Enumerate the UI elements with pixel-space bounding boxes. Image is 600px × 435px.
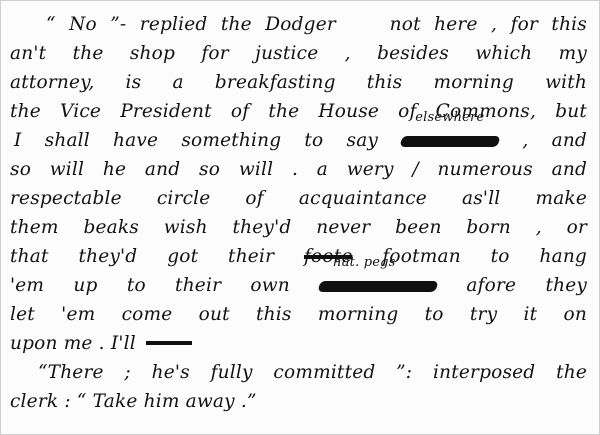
manuscript-line-8: them beaks wish they'd never been born ,… — [10, 213, 587, 242]
handwriting-text: I shall have something to say — [14, 130, 378, 151]
correction: hat. pegs — [319, 271, 437, 300]
manuscript-line-6: so will he and so will . a wery / numero… — [10, 155, 587, 184]
handwriting-text: footman to hang — [382, 246, 587, 267]
handwriting-text: 'em up to their own — [10, 275, 290, 296]
manuscript-line-5: I shall have something to say elsewhere … — [10, 126, 587, 155]
interlinear-insertion: elsewhere — [415, 111, 484, 124]
handwriting-text: , and — [522, 130, 587, 151]
handwriting-text: attorney, is a breakfasting this morning… — [10, 72, 587, 93]
handwriting-text: let 'em come out this morning to try it … — [10, 304, 587, 325]
manuscript-page: “ No ”- replied the Dodger not here , fo… — [0, 0, 600, 435]
manuscript-line-7: respectable circle of acquaintance as'll… — [10, 184, 587, 213]
scribbled-out-word — [318, 281, 439, 292]
handwriting-text: upon me . I'll — [10, 333, 136, 354]
manuscript-line-10: 'em up to their own hat. pegs afore they — [10, 271, 587, 300]
manuscript-line-3: attorney, is a breakfasting this morning… — [10, 68, 587, 97]
correction: elsewhere — [401, 126, 499, 155]
handwriting-text: respectable circle of acquaintance as'll… — [10, 188, 587, 209]
handwriting-text: “There ; he's fully committed ”: interpo… — [38, 362, 587, 383]
manuscript-line-12: upon me . I'll — [10, 329, 587, 358]
manuscript-line-11: let 'em come out this morning to try it … — [10, 300, 587, 329]
long-dash — [146, 341, 192, 345]
handwriting-text: the Vice President of the House of Commo… — [10, 101, 587, 122]
manuscript-line-4: the Vice President of the House of Commo… — [10, 97, 587, 126]
manuscript-line-1: “ No ”- replied the Dodger not here , fo… — [10, 10, 587, 39]
interlinear-insertion: hat. pegs — [333, 256, 395, 269]
handwriting-text: that they'd got their — [10, 246, 274, 267]
handwriting-text: them beaks wish they'd never been born ,… — [10, 217, 587, 238]
handwriting-text: an't the shop for justice , besides whic… — [10, 43, 587, 64]
scribbled-out-word — [400, 136, 501, 147]
manuscript-line-14: clerk : “ Take him away .” — [10, 387, 587, 416]
manuscript-line-13: “There ; he's fully committed ”: interpo… — [10, 358, 587, 387]
handwriting-text: clerk : “ Take him away .” — [10, 391, 257, 412]
manuscript-line-2: an't the shop for justice , besides whic… — [10, 39, 587, 68]
handwriting-text: afore they — [466, 275, 587, 296]
manuscript-line-9: that they'd got their foote footman to h… — [10, 242, 587, 271]
handwriting-text: “ No ”- replied the Dodger not here , fo… — [46, 14, 587, 35]
handwriting-text: so will he and so will . a wery / numero… — [10, 159, 587, 180]
